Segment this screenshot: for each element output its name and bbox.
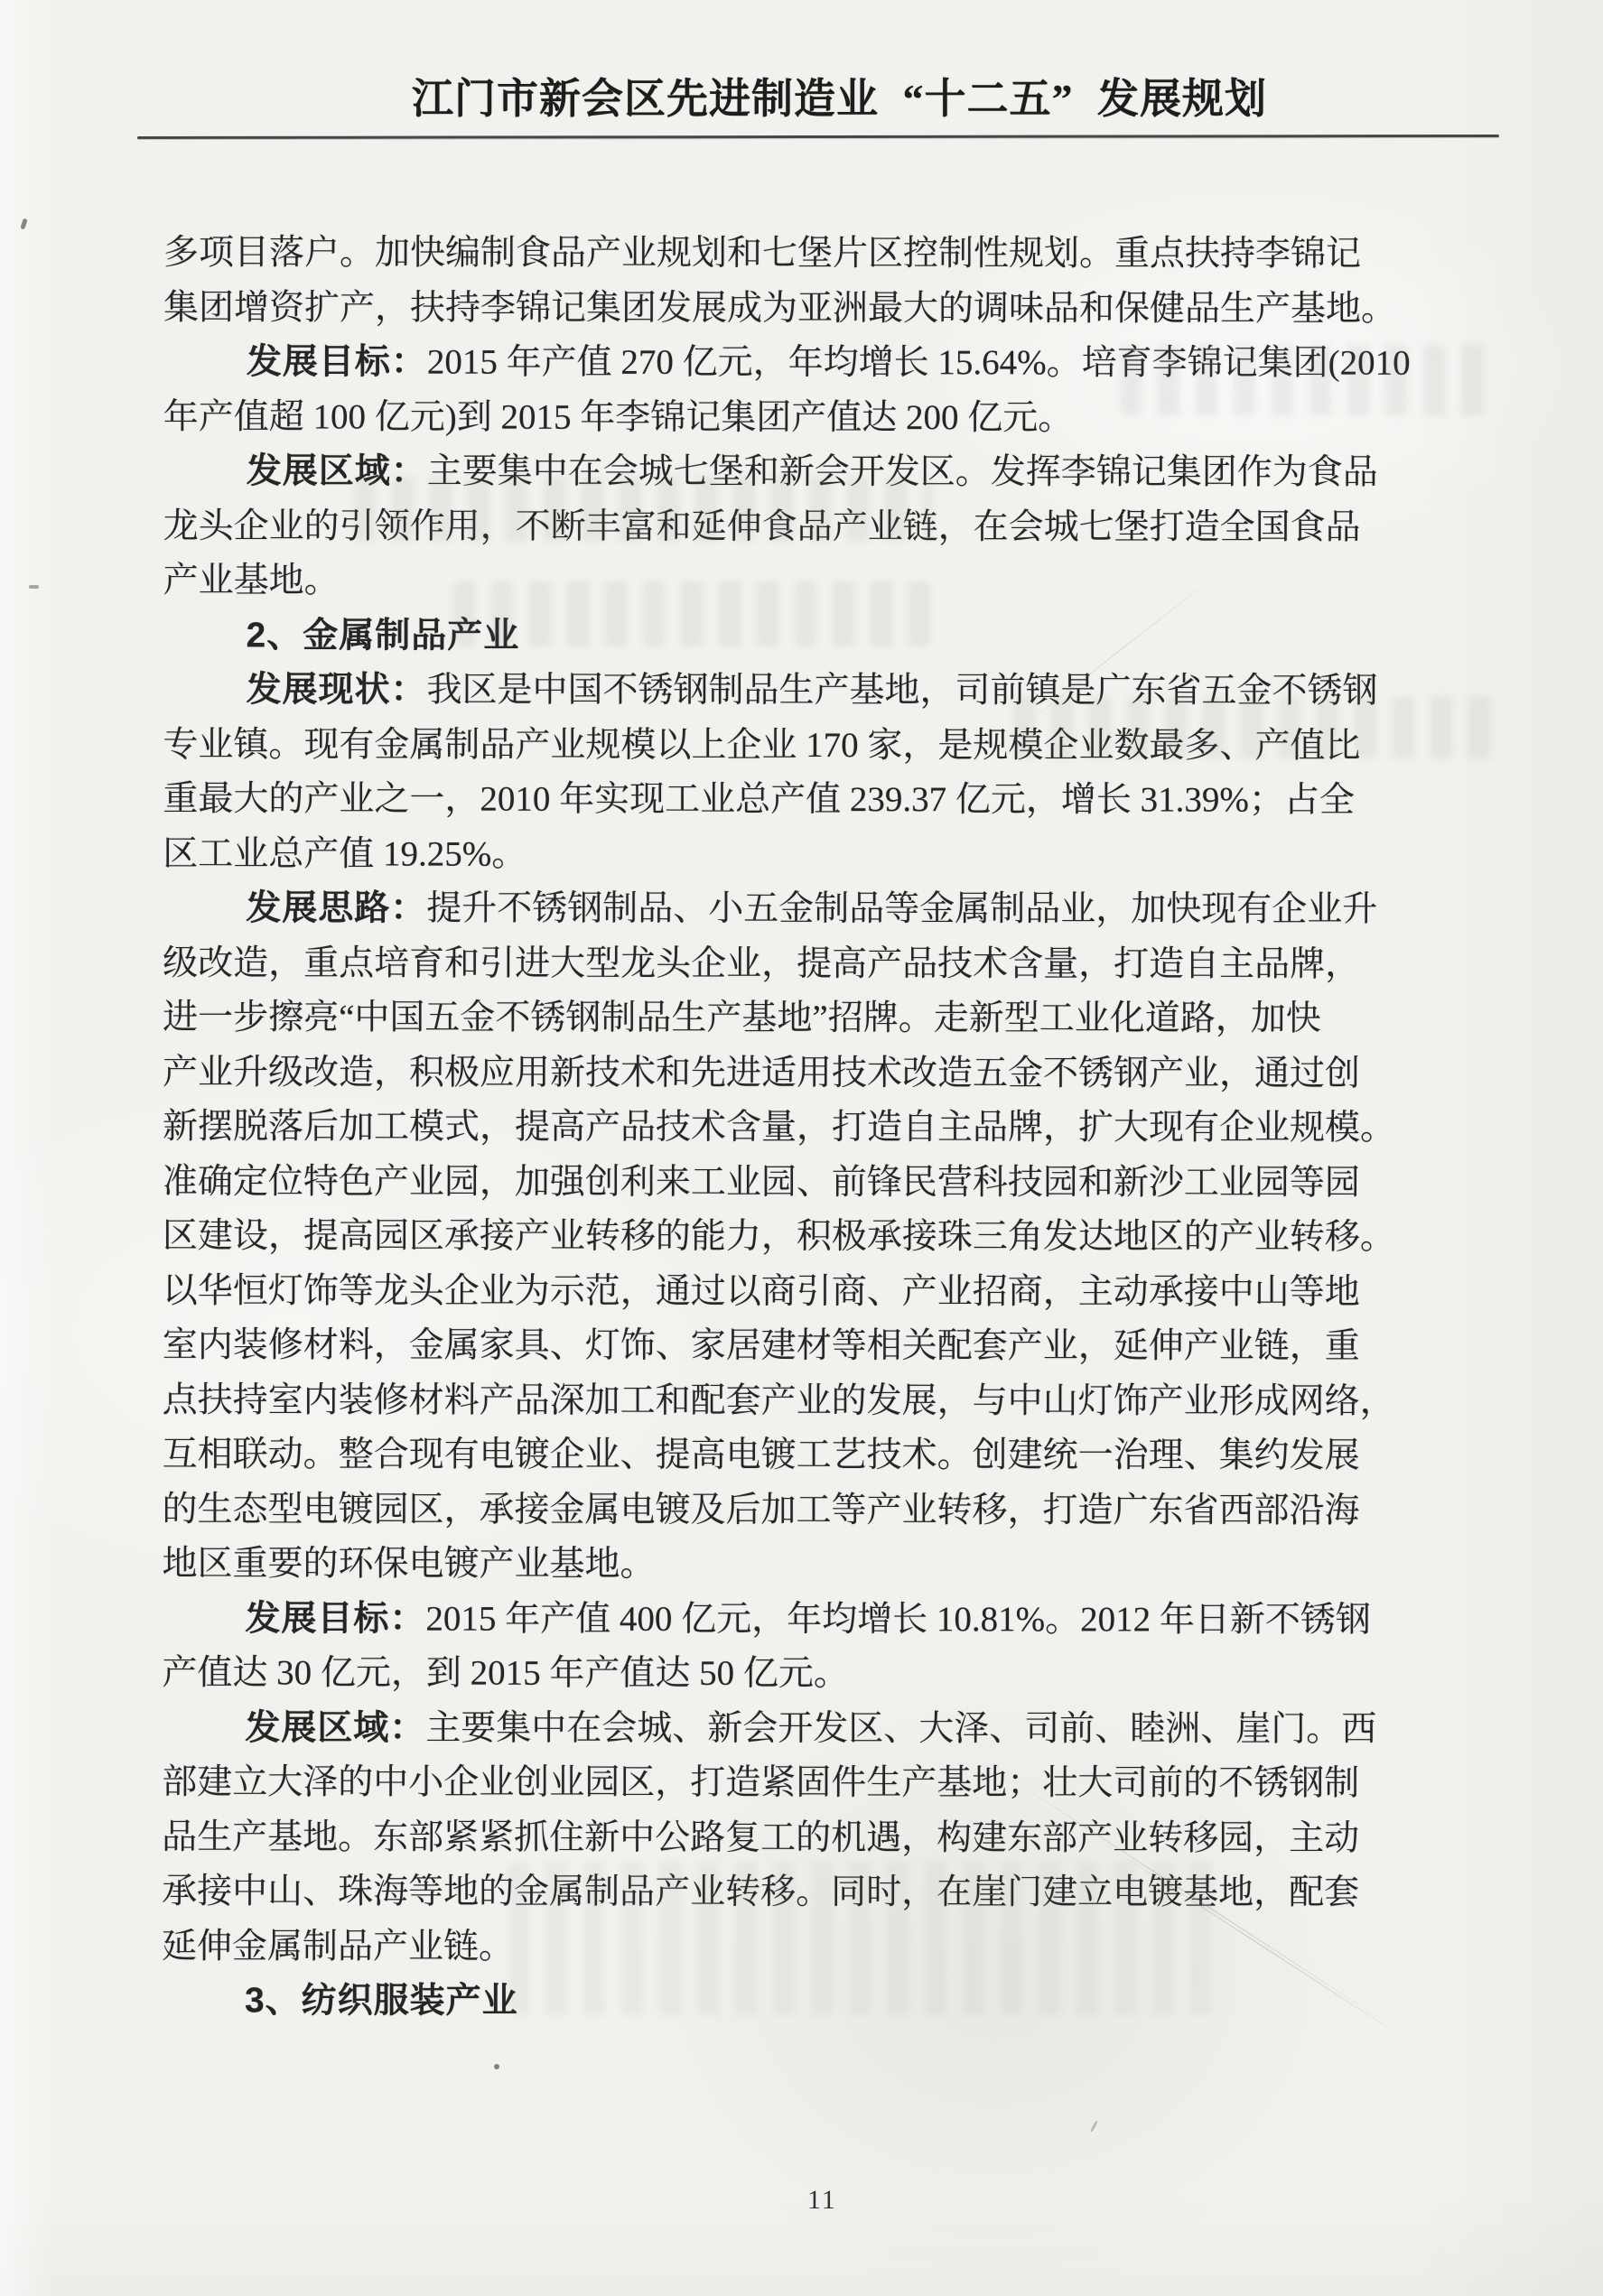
text-line: 品生产基地。东部紧紧抓住新中公路复工的机遇，构建东部产业转移园，主动 [162, 1810, 1383, 1866]
paragraph-label: 发展思路： [246, 888, 426, 927]
text-line: 地区重要的环保电镀产业基地。 [162, 1537, 1383, 1593]
scanned-document-page: 江门市新会区先进制造业 “十二五” 发展规划 多项目落户。加快编制食品产业规划和… [0, 0, 1603, 2296]
text-line: 发展现状：我区是中国不锈钢制品生产基地，司前镇是广东省五金不锈钢 [163, 663, 1384, 719]
line-text: 2015 年产值 400 亿元，年均增长 10.81%。2012 年日新不锈钢 [425, 1599, 1371, 1639]
line-text: 2015 年产值 270 亿元，年均增长 15.64%。培育李锦记集团(2010 [427, 343, 1411, 383]
paragraph-label: 发展目标： [247, 342, 427, 381]
text-line: 室内装修材料，金属家具、灯饰、家居建材等相关配套产业，延伸产业链，重 [163, 1318, 1384, 1374]
line-text: 主要集中在会城、新会开发区、大泽、司前、睦洲、崖门。西 [425, 1708, 1376, 1748]
scan-speck [494, 2064, 499, 2069]
section-heading-line: 3、纺织服装产业 [162, 1974, 1383, 2030]
text-line: 互相联动。整合现有电镀企业、提高电镀工艺技术。创建统一治理、集约发展 [163, 1427, 1384, 1483]
paragraph-label: 发展区域： [247, 451, 427, 490]
text-line: 产业升级改造，积极应用新技术和先进适用技术改造五金不锈钢产业，通过创 [163, 1046, 1384, 1102]
document-header-title: 江门市新会区先进制造业 “十二五” 发展规划 [38, 76, 1603, 123]
scan-speck [20, 218, 27, 230]
text-line: 集团增资扩产，扶持李锦记集团发展成为亚洲最大的调味品和保健品生产基地。 [163, 281, 1384, 337]
text-line: 产业基地。 [163, 553, 1384, 609]
text-line: 发展思路：提升不锈钢制品、小五金制品等金属制品业，加快现有企业升 [163, 881, 1384, 937]
text-line: 部建立大泽的中小企业创业园区，打造紧固件生产基地；壮大司前的不锈钢制 [162, 1755, 1383, 1811]
text-line: 重最大的产业之一，2010 年实现工业总产值 239.37 亿元，增长 31.3… [163, 772, 1384, 828]
scan-speck [29, 585, 39, 589]
text-line: 点扶持室内装修材料产品深加工和配套产业的发展，与中山灯饰产业形成网络， [163, 1373, 1384, 1429]
text-line: 发展区域：主要集中在会城七堡和新会开发区。发挥李锦记集团作为食品 [163, 444, 1384, 500]
text-line: 延伸金属制品产业链。 [162, 1920, 1383, 1975]
text-line: 发展目标：2015 年产值 270 亿元，年均增长 15.64%。培育李锦记集团… [163, 335, 1384, 391]
section-heading-line: 2、金属制品产业 [163, 609, 1384, 665]
document-body: 多项目落户。加快编制食品产业规划和七堡片区控制性规划。重点扶持李锦记集团增资扩产… [162, 226, 1384, 2030]
page-number: 11 [21, 2185, 1603, 2216]
header-rule [137, 135, 1499, 139]
text-line: 区工业总产值 19.25%。 [163, 827, 1384, 883]
text-line: 发展区域：主要集中在会城、新会开发区、大泽、司前、睦洲、崖门。西 [162, 1701, 1383, 1757]
text-line: 以华恒灯饰等龙头企业为示范，通过以商引商、产业招商，主动承接中山等地 [163, 1264, 1384, 1320]
line-text: 我区是中国不锈钢制品生产基地，司前镇是广东省五金不锈钢 [427, 671, 1378, 711]
line-text: 提升不锈钢制品、小五金制品等金属制品业，加快现有企业升 [426, 889, 1377, 929]
text-line: 准确定位特色产业园，加强创利来工业园、前锋民营科技园和新沙工业园等园 [163, 1155, 1384, 1211]
text-line: 龙头企业的引领作用，不断丰富和延伸食品产业链，在会城七堡打造全国食品 [163, 499, 1384, 555]
line-text: 主要集中在会城七堡和新会开发区。发挥李锦记集团作为食品 [427, 452, 1378, 492]
text-line: 进一步擦亮“中国五金不锈钢制品生产基地”招牌。走新型工业化道路，加快 [163, 990, 1384, 1046]
text-line: 专业镇。现有金属制品产业规模以上企业 170 家，是规模企业数最多、产值比 [163, 718, 1384, 774]
text-line: 新摆脱落后加工模式，提高产品技术含量，打造自主品牌，扩大现有企业规模。 [163, 1100, 1384, 1156]
paragraph-label: 发展现状： [246, 670, 426, 709]
scan-speck [1090, 2120, 1098, 2133]
text-line: 承接中山、珠海等地的金属制品产业转移。同时，在崖门建立电镀基地，配套 [162, 1864, 1383, 1920]
paragraph-label: 发展区域： [245, 1708, 425, 1747]
text-line: 的生态型电镀园区，承接金属电镀及后加工等产业转移，打造广东省西部沿海 [163, 1483, 1384, 1538]
paragraph-label: 发展目标： [245, 1599, 425, 1638]
text-line: 发展目标：2015 年产值 400 亿元，年均增长 10.81%。2012 年日… [162, 1592, 1383, 1648]
text-line: 多项目落户。加快编制食品产业规划和七堡片区控制性规划。重点扶持李锦记 [163, 226, 1384, 282]
text-line: 年产值超 100 亿元)到 2015 年李锦记集团产值达 200 亿元。 [163, 390, 1384, 446]
text-line: 区建设，提高园区承接产业转移的能力，积极承接珠三角发达地区的产业转移。 [163, 1209, 1384, 1265]
text-line: 产值达 30 亿元，到 2015 年产值达 50 亿元。 [162, 1646, 1383, 1702]
text-line: 级改造，重点培育和引进大型龙头企业，提高产品技术含量，打造自主品牌， [163, 936, 1384, 992]
